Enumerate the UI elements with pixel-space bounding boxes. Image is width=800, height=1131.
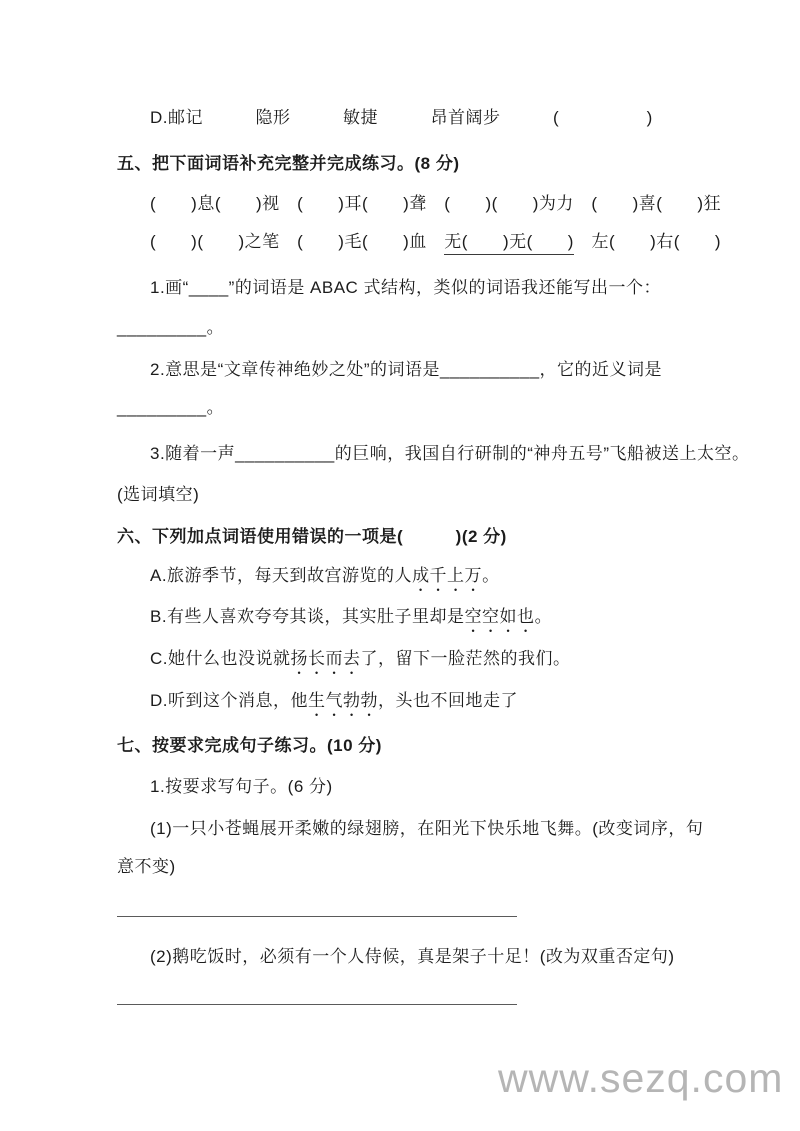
section5-q2-answer-blank: _________。 (117, 396, 224, 419)
exam-paper-page: D.邮记 隐形 敏捷 昂首阔步 ( ) 五、把下面词语补充完整并完成练习。(8 … (0, 0, 800, 1131)
section7-item1-line1: (1)一只小苍蝇展开柔嫩的绿翅膀，在阳光下快乐地飞舞。(改变词序，句 (150, 817, 703, 840)
section5-q2: 2.意思是“文章传神绝妙之处”的词语是__________，它的近义词是 (150, 358, 662, 381)
option-c-pre: C.她什么也没说就 (150, 649, 291, 668)
section5-q1-answer-blank: _________。 (117, 316, 224, 339)
section6-heading: 六、下列加点词语使用错误的一项是( )(2 分) (117, 525, 507, 548)
section7-item1-line2: 意不变) (117, 855, 176, 878)
option-row-d-words: D.邮记 隐形 敏捷 昂首阔步 ( ) (150, 106, 653, 129)
answer-rule-2 (117, 1004, 517, 1005)
section7-sub1: 1.按要求写句子。(6 分) (150, 775, 333, 798)
option-d-post: ，头也不回地走了 (378, 691, 518, 710)
option-b-post: 。 (535, 607, 553, 626)
site-watermark: www.sezq.com (498, 1056, 783, 1100)
option-d-dotted-word: 生气勃勃 (308, 691, 378, 710)
section6-option-a: A.旅游季节，每天到故宫游览的人成千上万。 (150, 564, 500, 595)
option-d-pre: D.听到这个消息，他 (150, 691, 308, 710)
idiom-fill-row-2: ( )( )之笔 ( )毛( )血 无( )无( ) 左( )右( ) (150, 230, 721, 253)
section7-heading: 七、按要求完成句子练习。(10 分) (117, 734, 382, 757)
section6-option-d: D.听到这个消息，他生气勃勃，头也不回地走了 (150, 689, 518, 720)
section5-q1: 1.画“____”的词语是 ABAC 式结构，类似的词语我还能写出一个： (150, 276, 661, 299)
option-b-pre: B.有些人喜欢夸夸其谈，其实肚子里却是 (150, 607, 465, 626)
idiom-fill-row-1: ( )息( )视 ( )耳( )聋 ( )( )为力 ( )喜( )狂 (150, 192, 721, 215)
section5-q3: 3.随着一声__________的巨响，我国自行研制的“神舟五号”飞船被送上太空… (150, 442, 750, 465)
idiom-row2-underlined: 无( )无( ) (444, 232, 574, 255)
section6-option-c: C.她什么也没说就扬长而去了，留下一脸茫然的我们。 (150, 647, 571, 678)
option-c-post: 了，留下一脸茫然的我们。 (361, 649, 571, 668)
idiom-row2-pre: ( )( )之笔 ( )毛( )血 (150, 232, 444, 251)
section5-q3-continuation: (选词填空) (117, 483, 199, 506)
section7-item2: (2)鹅吃饭时，必须有一个人侍候，真是架子十足！(改为双重否定句) (150, 945, 675, 968)
option-a-pre: A.旅游季节，每天到故宫游览的人 (150, 566, 412, 585)
option-b-dotted-word: 空空如也 (465, 607, 535, 626)
option-c-dotted-word: 扬长而去 (291, 649, 361, 668)
option-a-dotted-word: 成千上万 (412, 566, 482, 585)
option-a-post: 。 (482, 566, 500, 585)
answer-rule-1 (117, 916, 517, 917)
section5-heading: 五、把下面词语补充完整并完成练习。(8 分) (117, 152, 460, 175)
idiom-row2-post: 左( )右( ) (574, 232, 721, 251)
section6-option-b: B.有些人喜欢夸夸其谈，其实肚子里却是空空如也。 (150, 605, 552, 636)
